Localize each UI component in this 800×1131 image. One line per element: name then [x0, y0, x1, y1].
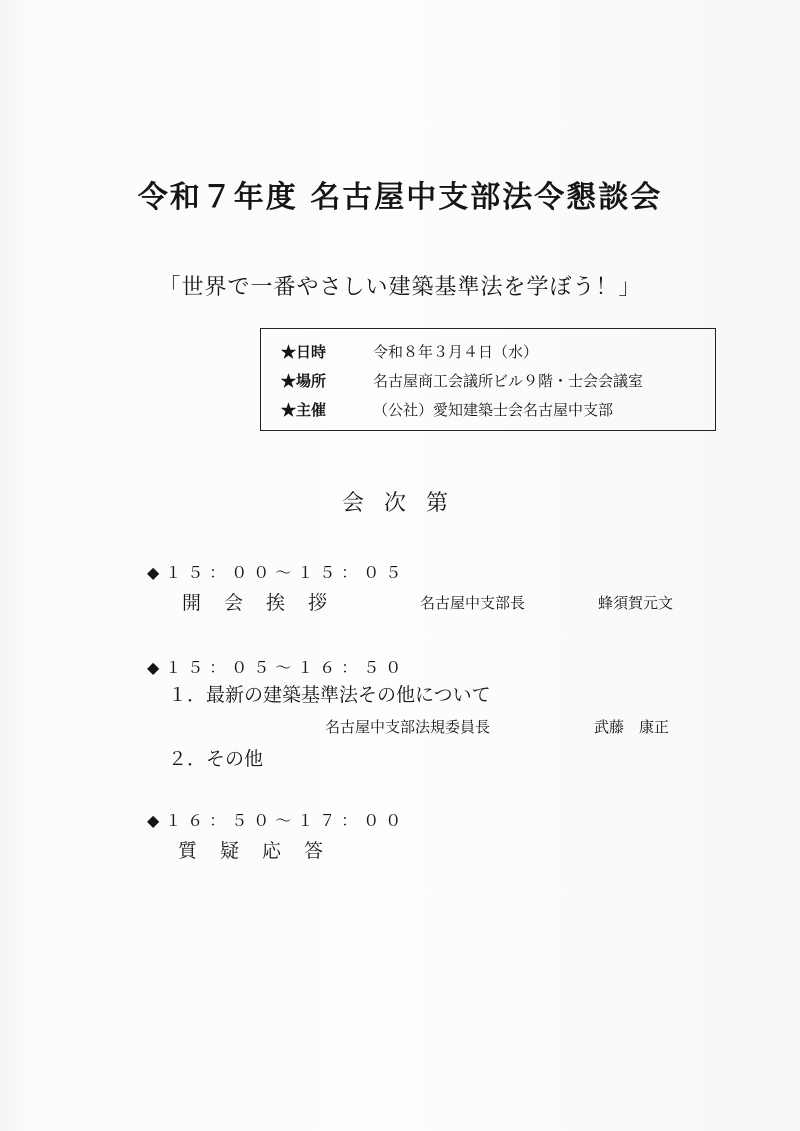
document-subtitle: 「世界で一番やさしい建築基準法を学ぼう！」 [0, 270, 800, 301]
speaker-name: 蜂須賀元文 [598, 592, 673, 613]
info-label: ★場所 [281, 370, 373, 392]
agenda-heading: 会次第 [0, 486, 800, 517]
info-value: 令和８年３月４日（水） [373, 341, 538, 363]
agenda-item: 開 会 挨 拶 [182, 588, 329, 615]
info-row-organizer: ★主催 （公社）愛知建築士会名古屋中支部 [281, 399, 613, 421]
info-row-place: ★場所 名古屋商工会議所ビル９階・士会会議室 [281, 370, 643, 392]
speaker-role: 名古屋中支部長 [420, 592, 525, 613]
info-label: ★主催 [281, 399, 373, 421]
document-title: 令和７年度 名古屋中支部法令懇談会 [0, 172, 800, 216]
agenda-item: 質 疑 応 答 [178, 836, 325, 863]
speaker-role: 名古屋中支部法規委員長 [325, 716, 490, 737]
info-value: （公社）愛知建築士会名古屋中支部 [373, 399, 613, 421]
agenda-item: １．最新の建築基準法その他について [168, 680, 491, 707]
event-info-box: ★日時 令和８年３月４日（水） ★場所 名古屋商工会議所ビル９階・士会会議室 ★… [260, 328, 716, 431]
info-value: 名古屋商工会議所ビル９階・士会会議室 [373, 370, 643, 392]
document-page: 令和７年度 名古屋中支部法令懇談会 「世界で一番やさしい建築基準法を学ぼう！」 … [0, 0, 800, 1131]
agenda-time: ◆１５：００～１５：０５ [147, 560, 407, 583]
info-row-date: ★日時 令和８年３月４日（水） [281, 341, 538, 363]
info-label: ★日時 [281, 341, 373, 363]
agenda-time: ◆１５：０５～１６：５０ [147, 655, 407, 678]
agenda-time: ◆１６：５０～１７：００ [147, 808, 407, 831]
speaker-name: 武藤 康正 [594, 716, 669, 737]
agenda-item: ２．その他 [168, 744, 263, 771]
